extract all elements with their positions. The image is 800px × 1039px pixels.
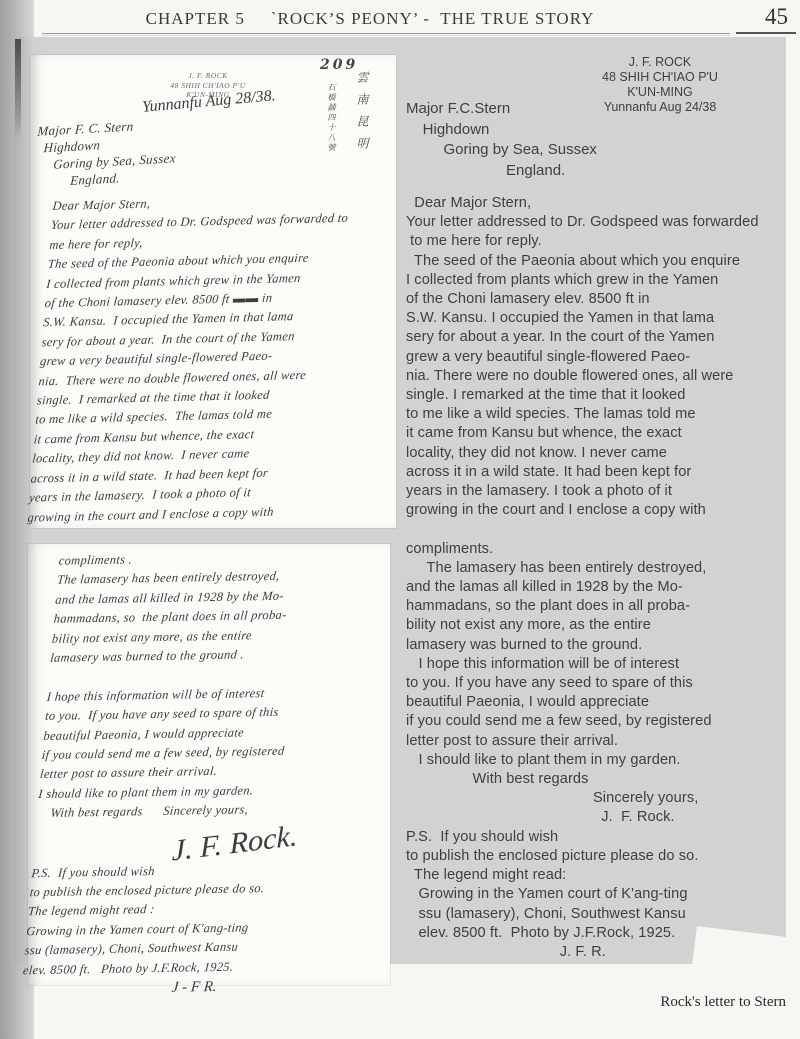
typed-line xyxy=(406,520,759,539)
header-rule-right xyxy=(736,32,796,34)
typed-line: With best regards xyxy=(406,770,759,789)
book-page: CHAPTER 5`ROCK’S PEONY’ - THE TRUE STORY… xyxy=(0,0,800,1039)
typed-address-line: Highdown xyxy=(406,120,597,141)
typed-line: nia. There were no double flowered ones,… xyxy=(406,367,759,386)
handwritten-letter-page-2: compliments .The lamasery has been entir… xyxy=(28,544,390,985)
typed-line: growing in the court and I enclose a cop… xyxy=(406,501,759,520)
typed-line: it came from Kansu but whence, the exact xyxy=(406,424,759,443)
typed-line: J. F. R. xyxy=(406,943,759,962)
handwritten-address: Major F. C. Stern Highdown Goring by Sea… xyxy=(34,115,178,191)
letter-sheet-number: 209 xyxy=(320,57,358,73)
typed-line: letter post to assure their arrival. xyxy=(406,732,759,751)
typed-line: to you. If you have any seed to spare of… xyxy=(406,674,759,693)
typed-address-line: Goring by Sea, Sussex xyxy=(406,140,597,161)
typed-line: single. I remarked at the time that it l… xyxy=(406,386,759,405)
typed-line: bility not exist any more, as the entire xyxy=(406,616,759,635)
typed-line: The seed of the Paeonia about which you … xyxy=(406,252,759,271)
typed-line: hammadans, so the plant does in all prob… xyxy=(406,597,759,616)
typed-line: P.S. If you should wish xyxy=(406,828,759,847)
typed-letterhead-line: J. F. ROCK xyxy=(550,55,770,70)
typed-line: to me here for reply. xyxy=(406,232,759,251)
letterhead-line: J. F. ROCK xyxy=(148,71,268,81)
header-rule xyxy=(42,33,730,34)
chinese-address-column-outer: 雲南昆明 xyxy=(354,71,371,159)
typed-line: I should like to plant them in my garden… xyxy=(406,751,759,770)
typed-address-line: England. xyxy=(406,161,597,182)
typed-line: The legend might read: xyxy=(406,866,759,885)
rock-initials: J - F R. xyxy=(20,976,367,999)
typed-line: compliments. xyxy=(406,540,759,559)
typed-line: grew a very beautiful single-flowered Pa… xyxy=(406,348,759,367)
typed-line: lamasery was burned to the ground. xyxy=(406,636,759,655)
handwritten-body: Dear Major Stern,Your letter addressed t… xyxy=(27,188,405,527)
typed-line: S.W. Kansu. I occupied the Yamen in that… xyxy=(406,309,759,328)
typed-line: I collected from plants which grew in th… xyxy=(406,271,759,290)
typed-line: The lamasery has been entirely destroyed… xyxy=(406,559,759,578)
typed-line: Growing in the Yamen court of K'ang-ting xyxy=(406,885,759,904)
chinese-address-column-inner: 石橋鋪四十八號 xyxy=(326,83,337,153)
typed-line: J. F. Rock. xyxy=(406,808,759,827)
figure-caption: Rock's letter to Stern xyxy=(660,994,786,1011)
running-head: CHAPTER 5`ROCK’S PEONY’ - THE TRUE STORY xyxy=(0,9,740,29)
typed-line: I hope this information will be of inter… xyxy=(406,655,759,674)
typed-line: beautiful Paeonia, I would appreciate xyxy=(406,693,759,712)
scanned-letter-region: 209 J. F. ROCK48 SHIH CH'IAO P'UK'UN-MIN… xyxy=(14,37,786,964)
typed-line: Your letter addressed to Dr. Godspeed wa… xyxy=(406,213,759,232)
page-number: 45 xyxy=(765,4,788,30)
typed-line: years in the lamasery. I took a photo of… xyxy=(406,482,759,501)
handwritten-body-2-lines: compliments .The lamasery has been entir… xyxy=(36,546,406,824)
typed-line: of the Choni lamasery elev. 8500 ft in xyxy=(406,290,759,309)
typed-body: Dear Major Stern,Your letter addressed t… xyxy=(406,194,759,962)
typed-line: Dear Major Stern, xyxy=(406,194,759,213)
typed-line: ssu (lamasery), Choni, Southwest Kansu xyxy=(406,905,759,924)
typed-line: to publish the enclosed picture please d… xyxy=(406,847,759,866)
typed-line: locality, they did not know. I never cam… xyxy=(406,444,759,463)
typed-line: sery for about a year. In the court of t… xyxy=(406,328,759,347)
typed-line: across it in a wild state. It had been k… xyxy=(406,463,759,482)
handwritten-postscript: P.S. If you should wishto publish the en… xyxy=(22,858,378,981)
typed-letterhead-line: K'UN-MING xyxy=(550,85,770,100)
chapter-label: CHAPTER 5 xyxy=(146,9,245,28)
handwritten-body-2: compliments .The lamasery has been entir… xyxy=(20,546,405,1000)
handwritten-letter-page-1: 209 J. F. ROCK48 SHIH CH'IAO P'UK'UN-MIN… xyxy=(30,55,396,528)
typed-line: and the lamas all killed in 1928 by the … xyxy=(406,578,759,597)
typed-address: Major F.C.Stern Highdown Goring by Sea, … xyxy=(406,99,597,181)
typed-line: to me like a wild species. The lamas tol… xyxy=(406,405,759,424)
scan-corner-mark xyxy=(15,39,21,139)
chapter-title: `ROCK’S PEONY’ - THE TRUE STORY xyxy=(271,9,595,28)
typed-line: if you could send me a few seed, by regi… xyxy=(406,712,759,731)
typed-address-line: Major F.C.Stern xyxy=(406,99,597,120)
typed-letterhead-line: 48 SHIH CH'IAO P'U xyxy=(550,70,770,85)
typed-line: Sincerely yours, xyxy=(406,789,759,808)
typed-line: elev. 8500 ft. Photo by J.F.Rock, 1925. xyxy=(406,924,759,943)
